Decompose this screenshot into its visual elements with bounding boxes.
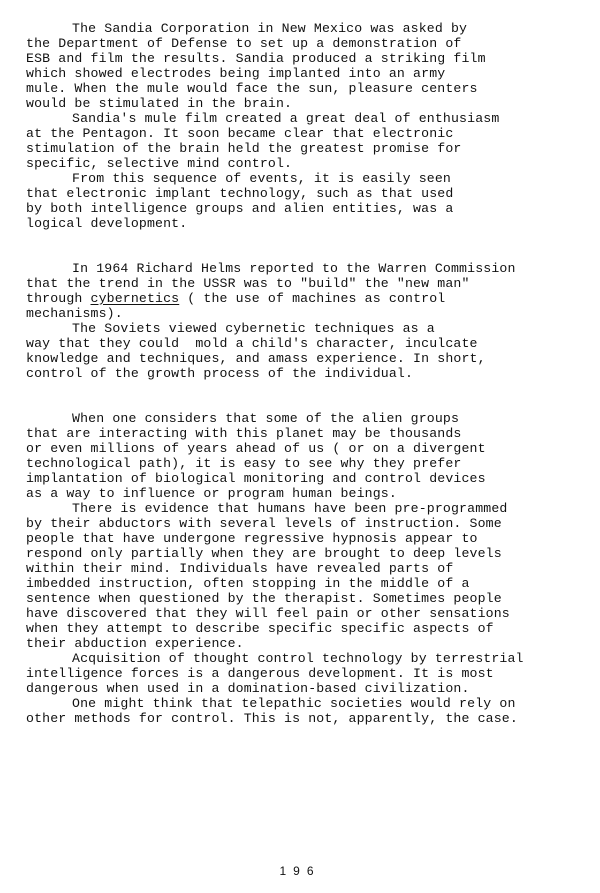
text-block-esb-sandia: The Sandia Corporation in New Mexico was… [26, 21, 596, 231]
text-line: mule. When the mule would face the sun, … [26, 81, 596, 96]
text-line: control of the growth process of the ind… [26, 366, 596, 381]
text-line: sentence when questioned by the therapis… [26, 591, 596, 606]
text-line: specific, selective mind control. [26, 156, 596, 171]
paragraph-first-line: There is evidence that humans have been … [26, 501, 596, 516]
text-block-alien-implants: When one considers that some of the alie… [26, 411, 596, 726]
paragraph-first-line: When one considers that some of the alie… [26, 411, 596, 426]
paragraph-first-line: The Soviets viewed cybernetic techniques… [26, 321, 596, 336]
text-line: implantation of biological monitoring an… [26, 471, 596, 486]
text-line: mechanisms). [26, 306, 596, 321]
text-line: knowledge and techniques, and amass expe… [26, 351, 596, 366]
paragraph-first-line: The Sandia Corporation in New Mexico was… [26, 21, 596, 36]
text-line: other methods for control. This is not, … [26, 711, 596, 726]
text-line: the Department of Defense to set up a de… [26, 36, 596, 51]
text-line: by both intelligence groups and alien en… [26, 201, 596, 216]
text-line: through cybernetics ( the use of machine… [26, 291, 596, 306]
text-line: ESB and film the results. Sandia produce… [26, 51, 596, 66]
text-line: intelligence forces is a dangerous devel… [26, 666, 596, 681]
text-line: that the trend in the USSR was to "build… [26, 276, 596, 291]
document-page: The Sandia Corporation in New Mexico was… [0, 0, 600, 893]
text-block-cybernetics: In 1964 Richard Helms reported to the Wa… [26, 261, 596, 381]
text-fragment: through [26, 291, 91, 306]
text-line: stimulation of the brain held the greate… [26, 141, 596, 156]
text-line: when they attempt to describe specific s… [26, 621, 596, 636]
paragraph-first-line: Acquisition of thought control technolog… [26, 651, 596, 666]
underlined-term: cybernetics [91, 291, 180, 306]
paragraph-first-line: One might think that telepathic societie… [26, 696, 596, 711]
text-line: people that have undergone regressive hy… [26, 531, 596, 546]
text-line: imbedded instruction, often stopping in … [26, 576, 596, 591]
text-line: that are interacting with this planet ma… [26, 426, 596, 441]
text-line: as a way to influence or program human b… [26, 486, 596, 501]
text-line: their abduction experience. [26, 636, 596, 651]
page-number: 196 [0, 864, 600, 878]
paragraph-first-line: In 1964 Richard Helms reported to the Wa… [26, 261, 596, 276]
text-line: would be stimulated in the brain. [26, 96, 596, 111]
text-line: logical development. [26, 216, 596, 231]
text-line: which showed electrodes being implanted … [26, 66, 596, 81]
text-line: have discovered that they will feel pain… [26, 606, 596, 621]
text-line: or even millions of years ahead of us ( … [26, 441, 596, 456]
text-line: dangerous when used in a domination-base… [26, 681, 596, 696]
text-line: way that they could mold a child's chara… [26, 336, 596, 351]
text-line: respond only partially when they are bro… [26, 546, 596, 561]
text-line: that electronic implant technology, such… [26, 186, 596, 201]
paragraph-first-line: Sandia's mule film created a great deal … [26, 111, 596, 126]
text-line: at the Pentagon. It soon became clear th… [26, 126, 596, 141]
text-fragment: ( the use of machines as control [179, 291, 445, 306]
text-line: by their abductors with several levels o… [26, 516, 596, 531]
text-line: within their mind. Individuals have reve… [26, 561, 596, 576]
text-line: technological path), it is easy to see w… [26, 456, 596, 471]
paragraph-first-line: From this sequence of events, it is easi… [26, 171, 596, 186]
